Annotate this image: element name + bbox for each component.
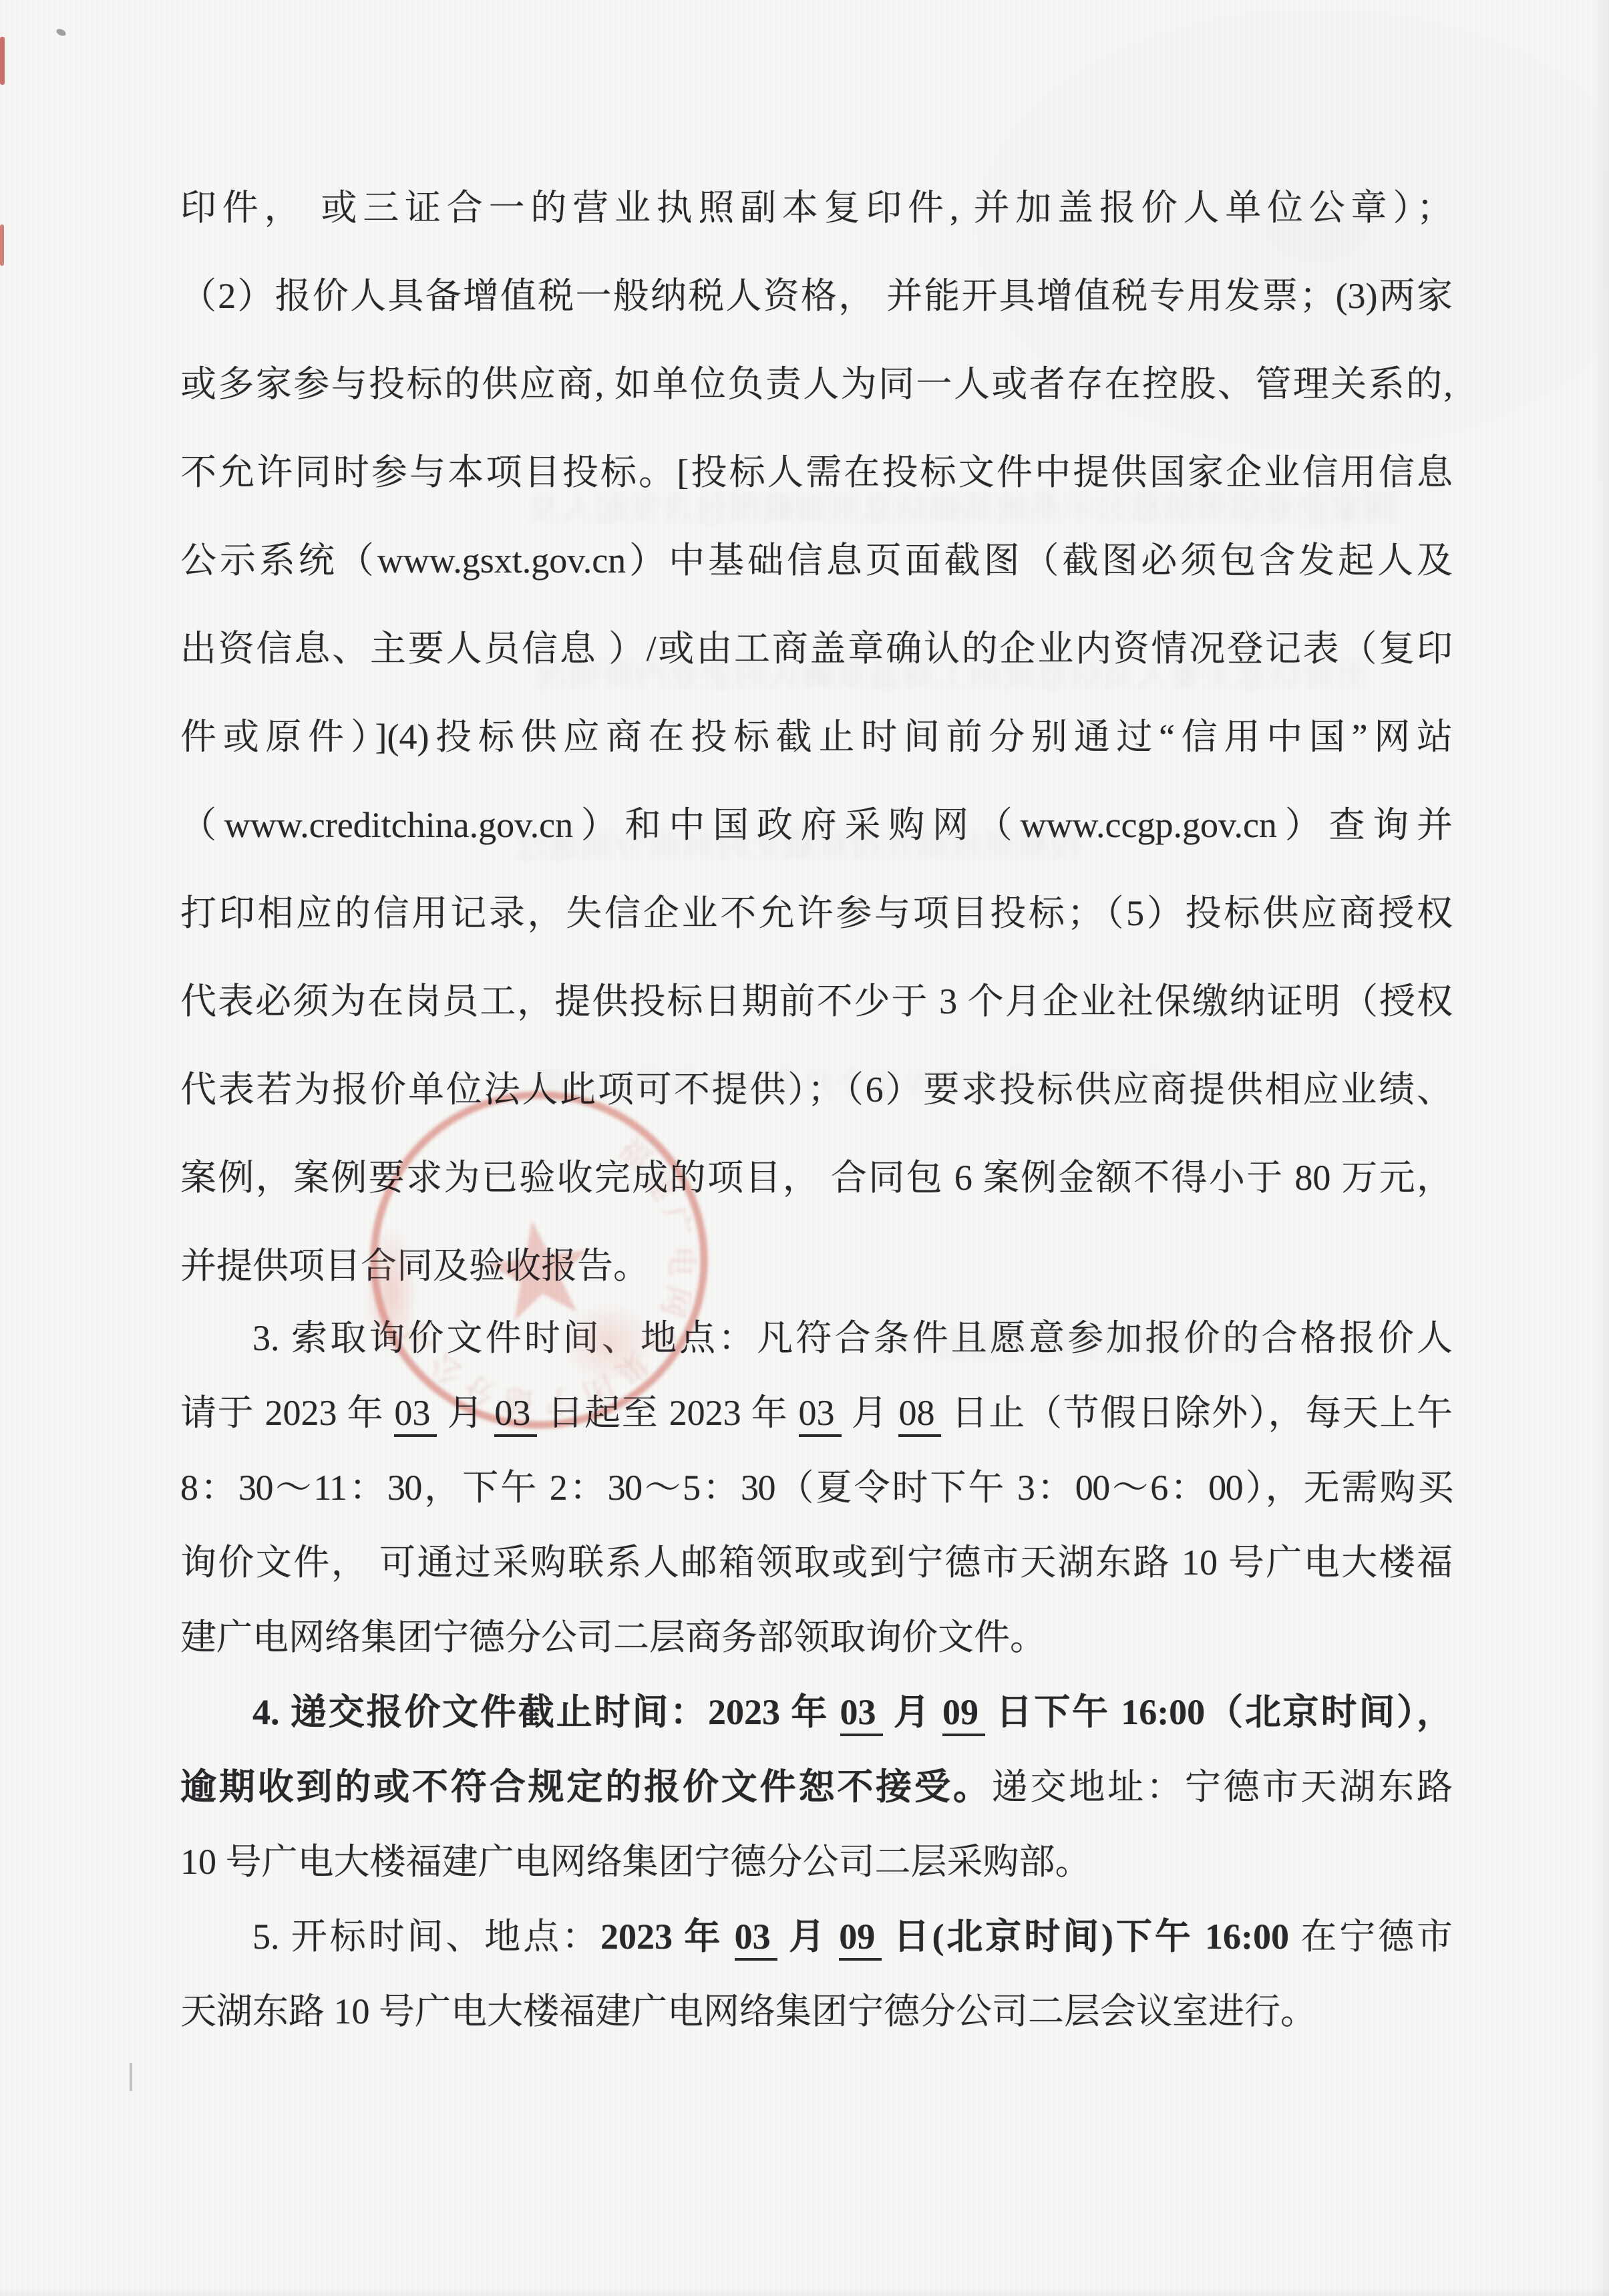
text-run: 询价文件， 可通过采购联系人邮箱领取或到宁德市天湖东路 10 号广电大楼福	[180, 1542, 1453, 1583]
scan-speck	[130, 2063, 132, 2091]
text-run: 09	[942, 1692, 985, 1736]
text-run: 打印相应的信用记录，失信企业不允许参与项目投标；（5）投标供应商授权	[180, 893, 1453, 933]
text-line: 询价文件， 可通过采购联系人邮箱领取或到宁德市天湖东路 10 号广电大楼福	[180, 1525, 1453, 1600]
text-line: 印件， 或三证合一的营业执照副本复印件, 并加盖报价人单位公章）；	[180, 164, 1453, 252]
text-run: 4. 递交报价文件截止时间：2023 年	[252, 1692, 840, 1732]
bleedthrough-text: 出资信息主要人员信息或由工商盖章确认的企业内资情况	[200, 658, 1369, 693]
text-run: 公示系统（www.gsxt.gov.cn）中基础信息页面截图（截图必须包含发起人…	[180, 540, 1453, 581]
text-run: 8：30～11：30，下午 2：30～5：30（夏令时下午 3：00～6：00）…	[180, 1468, 1453, 1508]
text-run: 09	[839, 1917, 882, 1961]
text-run: 03	[799, 1393, 842, 1437]
text-line: 逾期收到的或不符合规定的报价文件恕不接受。递交地址：宁德市天湖东路	[180, 1750, 1453, 1824]
text-run: （2）报价人具备增值税一般纳税人资格， 并能开具增值税专用发票；(3)两家	[180, 276, 1453, 316]
seal-graphic: 福建广电网络集团宁德分公司	[328, 1049, 750, 1471]
text-run: 请于 2023 年	[180, 1393, 394, 1433]
text-run: 日下午 16:00（北京时间），	[985, 1692, 1453, 1732]
scan-speck	[55, 27, 67, 37]
text-run: 或多家参与投标的供应商, 如单位负责人为同一人或者存在控股、管理关系的,	[180, 364, 1453, 404]
text-line: 件或原件）](4)投标供应商在投标截止时间前分别通过“信用中国”网站	[180, 693, 1453, 781]
scan-edge-red-mark	[0, 224, 4, 266]
text-run: 08	[898, 1393, 941, 1437]
text-line: 或多家参与投标的供应商, 如单位负责人为同一人或者存在控股、管理关系的,	[180, 340, 1453, 428]
text-line: 10 号广电大楼福建广电网络集团宁德分公司二层采购部。	[180, 1824, 1453, 1899]
text-run: 在宁德市	[1300, 1917, 1453, 1957]
text-line: 公示系统（www.gsxt.gov.cn）中基础信息页面截图（截图必须包含发起人…	[180, 516, 1453, 605]
text-run: 月	[883, 1692, 943, 1732]
text-run: 2023 年	[600, 1917, 735, 1957]
text-run: 月	[842, 1393, 899, 1433]
text-run: 日止（节假日除外），每天上午	[941, 1393, 1453, 1433]
text-line: （2）报价人具备增值税一般纳税人资格， 并能开具增值税专用发票；(3)两家	[180, 252, 1453, 340]
bleedthrough-text: 愿意参加报价的合格报价人	[668, 1328, 1269, 1363]
bleedthrough-text: 国家企业信用信息公示系统基础信息页面截图包含发起人及	[194, 491, 1396, 526]
text-run: 03	[735, 1917, 777, 1961]
red-seal-stamp: 福建广电网络集团宁德分公司	[328, 1049, 750, 1471]
text-run: 天湖东路 10 号广电大楼福建广电网络集团宁德分公司二层会议室进行。	[180, 1991, 1316, 2031]
text-run: 印件， 或三证合一的营业执照副本复印件, 并加盖报价人单位公章）；	[180, 188, 1453, 228]
text-run: 代表必须为在岗员工，提供投标日期前不少于 3 个月企业社保缴纳证明（授权	[180, 981, 1453, 1021]
text-run: 5. 开标时间、地点：	[252, 1917, 600, 1957]
text-run: 10 号广电大楼福建广电网络集团宁德分公司二层采购部。	[180, 1842, 1091, 1882]
text-run: 月	[777, 1917, 840, 1957]
text-line: 天湖东路 10 号广电大楼福建广电网络集团宁德分公司二层会议室进行。	[180, 1974, 1453, 2049]
text-run: 03	[840, 1692, 883, 1736]
text-run: 建广电网络集团宁德分公司二层商务部领取询价文件。	[180, 1617, 1046, 1657]
text-line: 4. 递交报价文件截止时间：2023 年 03 月 09 日下午 16:00（北…	[180, 1675, 1453, 1750]
seal-star-icon	[482, 1213, 596, 1323]
text-line: 代表必须为在岗员工，提供投标日期前不少于 3 个月企业社保缴纳证明（授权	[180, 957, 1453, 1045]
text-run: 件或原件）](4)投标供应商在投标截止时间前分别通过“信用中国”网站	[180, 717, 1453, 757]
text-run: 不允许同时参与本项目投标。[投标人需在投标文件中提供国家企业信用信息	[180, 452, 1453, 492]
document-page: 印件， 或三证合一的营业执照副本复印件, 并加盖报价人单位公章）；（2）报价人具…	[0, 0, 1609, 2296]
scan-edge-red-mark	[0, 37, 5, 85]
text-run: 递交地址：宁德市天湖东路	[992, 1767, 1453, 1807]
text-line: 5. 开标时间、地点：2023 年 03 月 09 日(北京时间)下午 16:0…	[180, 1899, 1453, 1974]
bleedthrough-text: 投标供应商在投标截止时间前分别通过	[214, 828, 1082, 863]
text-line: 8：30～11：30，下午 2：30～5：30（夏令时下午 3：00～6：00）…	[180, 1450, 1453, 1525]
text-line: 建广电网络集团宁德分公司二层商务部领取询价文件。	[180, 1600, 1453, 1675]
text-run: 逾期收到的或不符合规定的报价文件恕不接受。	[180, 1767, 992, 1807]
text-run: 日(北京时间)下午 16:00	[882, 1917, 1300, 1957]
text-line: 打印相应的信用记录，失信企业不允许参与项目投标；（5）投标供应商授权	[180, 869, 1453, 957]
